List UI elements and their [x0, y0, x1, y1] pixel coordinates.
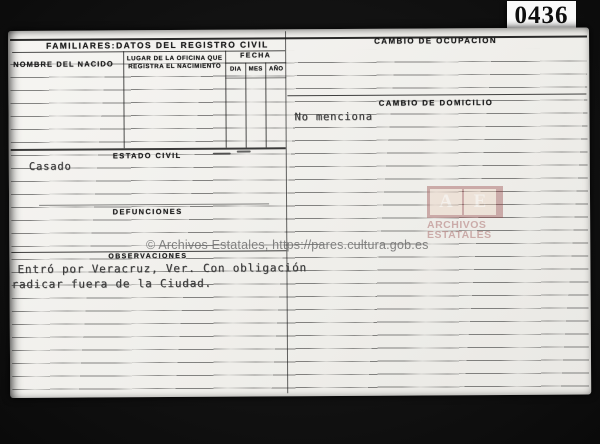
observaciones-value-line1: Entró por Veracruz, Ver. Con obligación	[17, 261, 307, 276]
lugar-oficina-line2: REGISTRA EL NACIMIENTO	[128, 63, 221, 71]
observaciones-value-line2: radicar fuera de la Ciudad.	[12, 277, 212, 291]
familiares-label: FAMILIARES:	[46, 40, 116, 50]
photo-index-label: 0436	[507, 1, 576, 31]
lugar-oficina-line1: LUGAR DE LA OFICINA QUE	[127, 55, 223, 63]
scanned-archive-photo: 0436 FAMILIARES: DATOS DEL REGISTRO CIVI…	[0, 0, 600, 444]
archive-logo-tiles: A E	[427, 186, 503, 218]
ink-smudge	[237, 151, 251, 153]
datos-registro-civil-label: DATOS DEL REGISTRO CIVIL	[116, 39, 269, 50]
dia-column-label: DIA	[226, 67, 245, 73]
lugar-oficina-label: LUGAR DE LA OFICINA QUE REGISTRA EL NACI…	[125, 55, 224, 72]
registry-card: FAMILIARES: DATOS DEL REGISTRO CIVIL CAM…	[8, 27, 591, 398]
logo-letter-e: E	[464, 189, 496, 215]
archive-watermark-text: © Archivos Estatales, https://pares.cult…	[146, 238, 429, 252]
cambio-domicilio-label: CAMBIO DE DOMICILIO	[285, 97, 586, 108]
ink-smudge	[213, 153, 231, 155]
archive-logo: A E ARCHIVOS ESTATALES	[427, 186, 503, 240]
estado-civil-value: Casado	[29, 161, 72, 173]
ano-column-label: AÑO	[266, 66, 286, 72]
logo-word-estatales: ESTATALES	[427, 230, 503, 240]
cambio-domicilio-value: No menciona	[294, 111, 372, 123]
cambio-ocupacion-label: CAMBIO DE OCUPACION	[285, 35, 586, 46]
nombre-del-nacido-label: NOMBRE DEL NACIDO	[13, 59, 114, 69]
logo-letter-a: A	[430, 189, 462, 215]
defunciones-label: DEFUNCIONES	[9, 206, 286, 217]
mes-column-label: MES	[246, 66, 265, 72]
fecha-label: FECHA	[225, 52, 286, 59]
archive-logo-wordmark: ARCHIVOS ESTATALES	[427, 220, 503, 240]
